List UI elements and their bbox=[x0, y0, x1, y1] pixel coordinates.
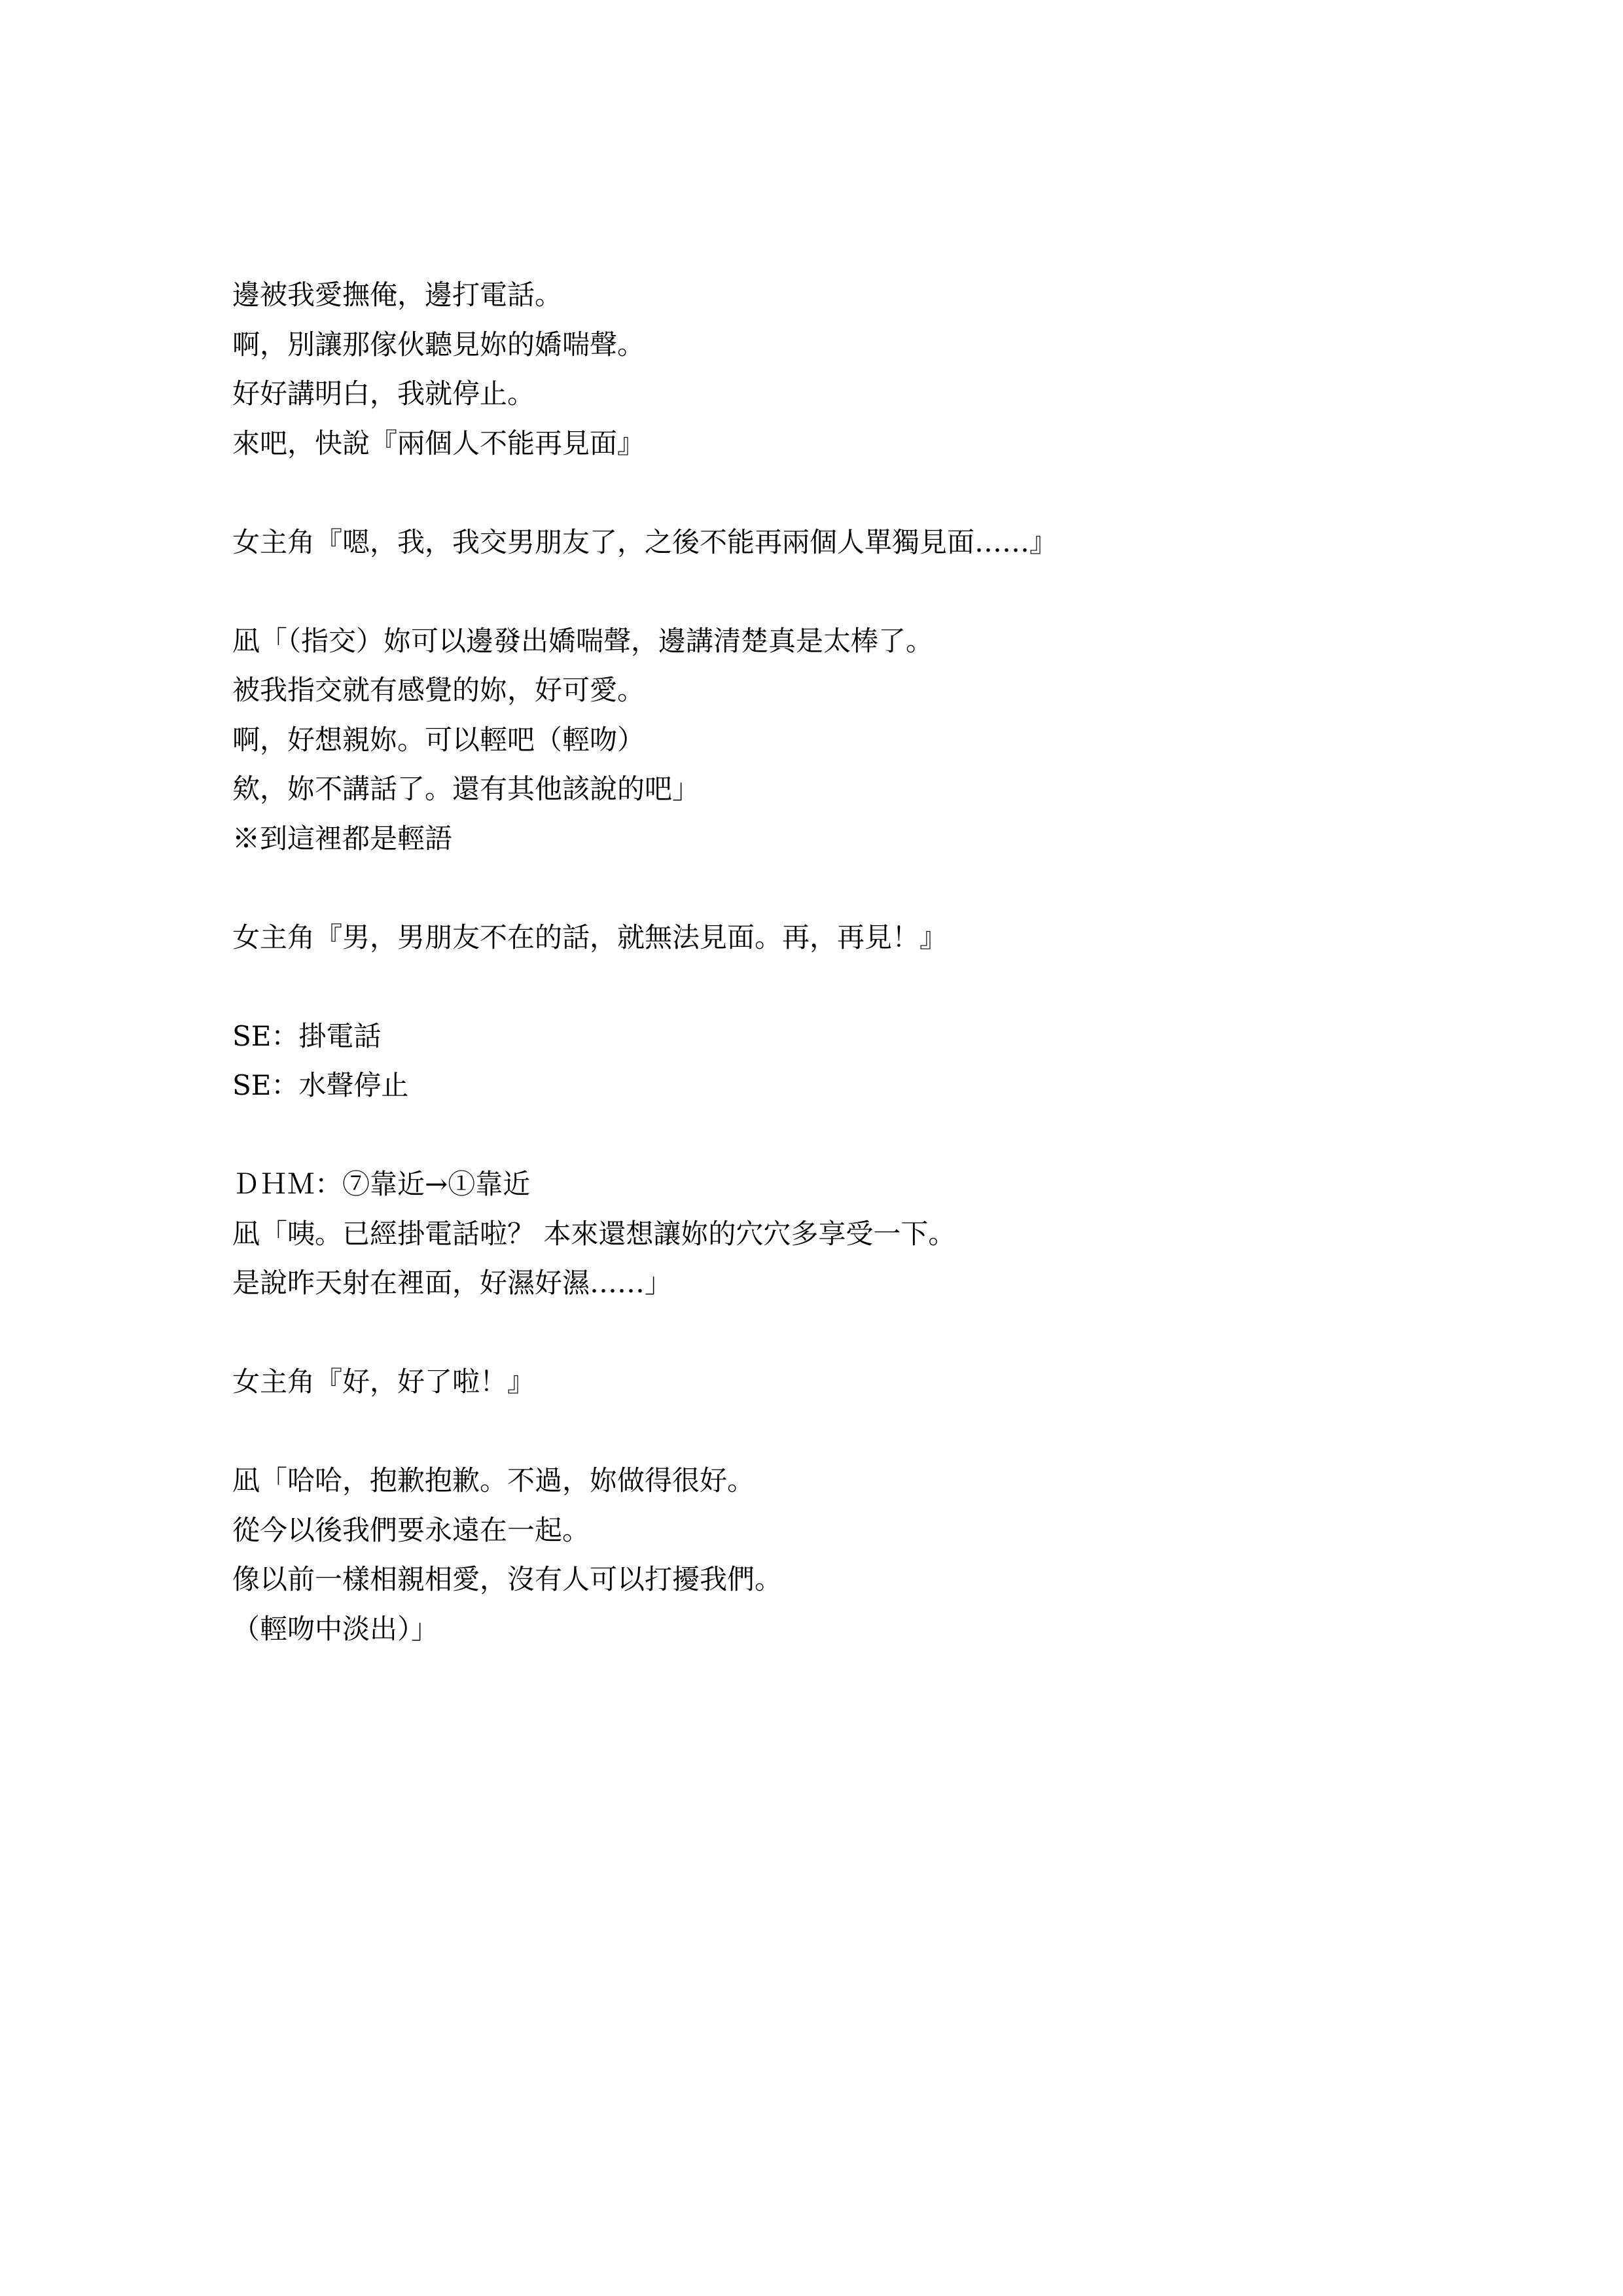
document-page: 邊被我愛撫俺，邊打電話。 啊，別讓那傢伙聽見妳的嬌喘聲。 好好講明白，我就停止。… bbox=[0, 0, 1623, 2296]
blank-line bbox=[232, 962, 1476, 1012]
script-line: （輕吻中淡出）」 bbox=[232, 1604, 1476, 1654]
blank-line bbox=[232, 1407, 1476, 1457]
script-line: 凪「哈哈，抱歉抱歉。不過，妳做得很好。 bbox=[232, 1456, 1476, 1506]
sound-effect-line: SE：掛電話 bbox=[232, 1012, 1476, 1061]
blank-line bbox=[232, 1110, 1476, 1160]
blank-line bbox=[232, 567, 1476, 616]
script-line: 像以前一樣相親相愛，沒有人可以打擾我們。 bbox=[232, 1555, 1476, 1604]
script-line: 欸，妳不講話了。還有其他該說的吧」 bbox=[232, 764, 1476, 814]
blank-line bbox=[232, 468, 1476, 518]
script-line: 好好講明白，我就停止。 bbox=[232, 369, 1476, 419]
dhm-direction-line: ＤＨＭ：⑦靠近→①靠近 bbox=[232, 1159, 1476, 1209]
script-line: 女主角『嗯，我，我交男朋友了，之後不能再兩個人單獨見面……』 bbox=[232, 518, 1476, 567]
script-line: 啊，別讓那傢伙聽見妳的嬌喘聲。 bbox=[232, 320, 1476, 370]
script-line: 被我指交就有感覺的妳，好可愛。 bbox=[232, 665, 1476, 715]
blank-line bbox=[232, 1308, 1476, 1358]
script-line: 凪「咦。已經掛電話啦？ 本來還想讓妳的穴穴多享受一下。 bbox=[232, 1209, 1476, 1259]
blank-line bbox=[232, 863, 1476, 913]
script-line: 從今以後我們要永遠在一起。 bbox=[232, 1506, 1476, 1555]
script-text-body: 邊被我愛撫俺，邊打電話。 啊，別讓那傢伙聽見妳的嬌喘聲。 好好講明白，我就停止。… bbox=[232, 270, 1476, 1653]
script-line: 是說昨天射在裡面，好濕好濕……」 bbox=[232, 1258, 1476, 1308]
script-note-line: ※到這裡都是輕語 bbox=[232, 814, 1476, 864]
script-line: 邊被我愛撫俺，邊打電話。 bbox=[232, 270, 1476, 320]
script-line: 女主角『好，好了啦！』 bbox=[232, 1357, 1476, 1407]
sound-effect-line: SE：水聲停止 bbox=[232, 1061, 1476, 1110]
script-line: 女主角『男，男朋友不在的話，就無法見面。再，再見！』 bbox=[232, 913, 1476, 963]
script-line: 凪「（指交）妳可以邊發出嬌喘聲，邊講清楚真是太棒了。 bbox=[232, 616, 1476, 666]
script-line: 來吧，快說『兩個人不能再見面』 bbox=[232, 419, 1476, 468]
script-line: 啊，好想親妳。可以輕吧（輕吻） bbox=[232, 715, 1476, 765]
